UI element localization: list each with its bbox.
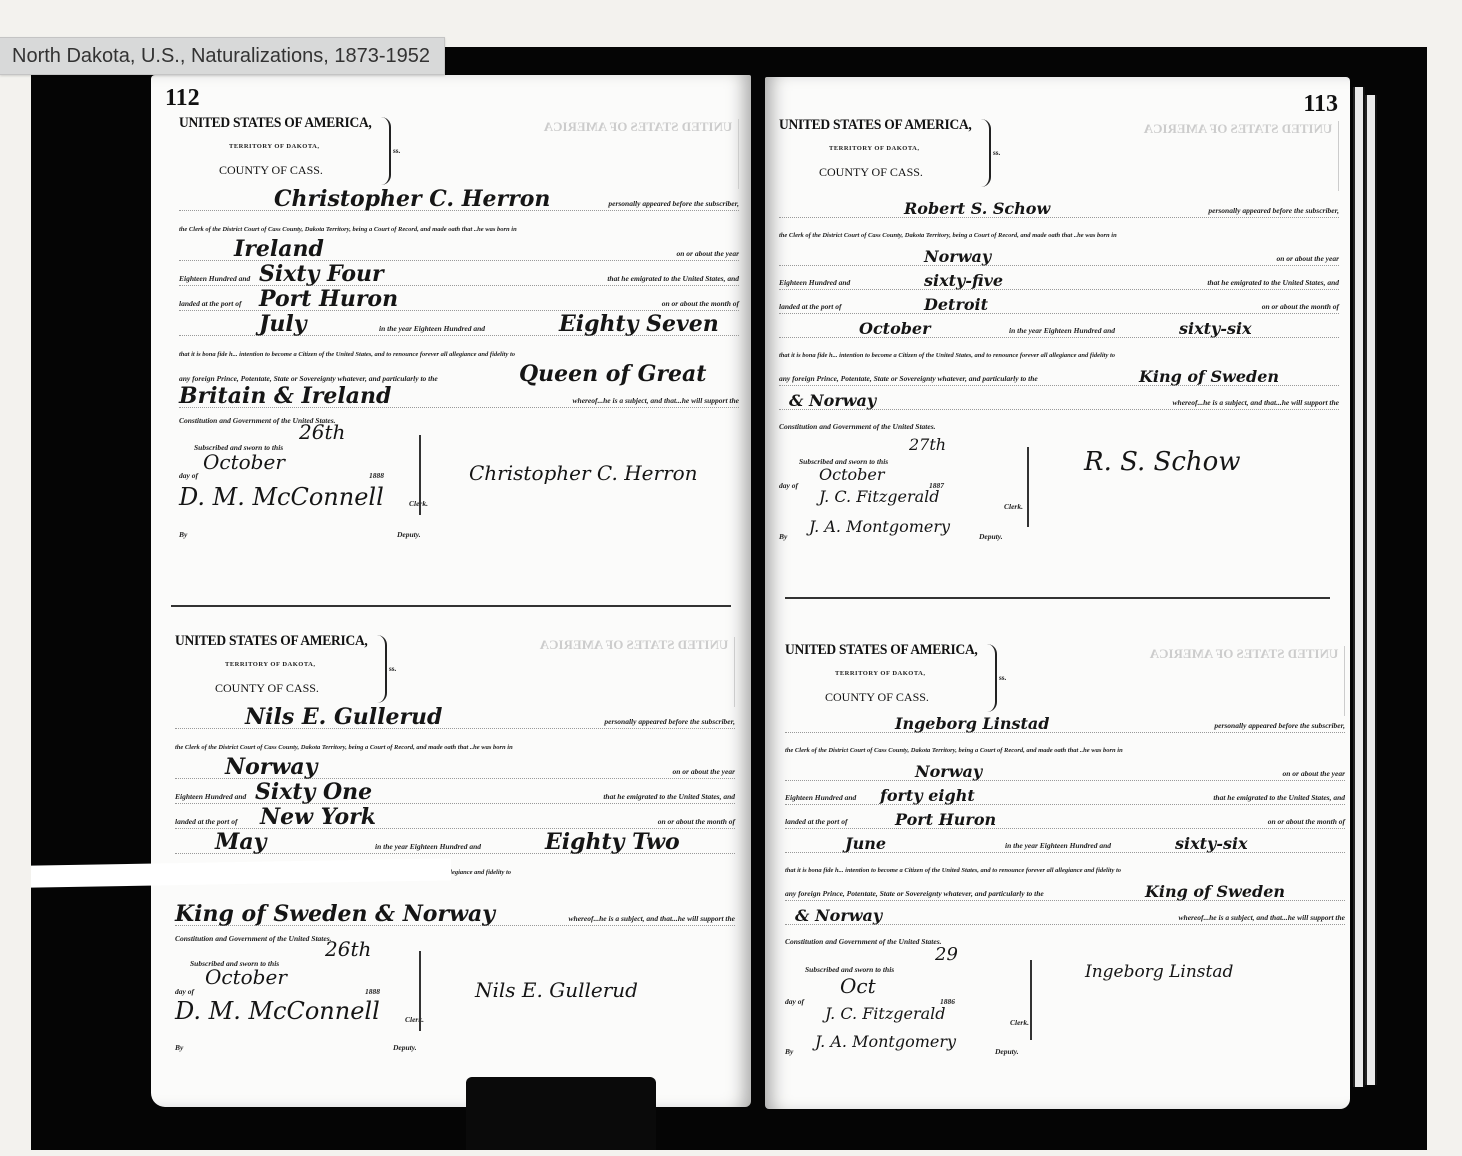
arrival-month: June xyxy=(845,836,886,852)
document-scan-viewer[interactable]: 112 UNITED STATES OF AMERICA, TERRITORY … xyxy=(31,47,1427,1150)
collection-title-tooltip: North Dakota, U.S., Naturalizations, 187… xyxy=(0,37,445,75)
birth-country: Norway xyxy=(924,249,991,265)
allegiance-cont: & Norway xyxy=(789,393,876,409)
bleed-through-text: UNITED STATES OF AMERICA xyxy=(534,637,735,707)
allegiance: Queen of Great xyxy=(519,363,706,385)
record-divider xyxy=(785,597,1330,599)
allegiance: King of Sweden & Norway xyxy=(175,903,495,925)
page-number-left: 112 xyxy=(165,85,200,112)
county-label: COUNTY OF CASS. xyxy=(219,163,323,178)
bracket xyxy=(1027,447,1029,527)
form-heading: UNITED STATES OF AMERICA, xyxy=(785,642,978,659)
birth-year: Sixty One xyxy=(255,781,372,803)
bracket xyxy=(1030,960,1032,1040)
naturalization-record-1: UNITED STATES OF AMERICA, TERRITORY OF D… xyxy=(179,115,739,545)
born-line: Irelandon or about the year xyxy=(179,240,739,261)
left-page: 112 UNITED STATES OF AMERICA, TERRITORY … xyxy=(151,75,751,1107)
territory-label: TERRITORY OF DAKOTA, xyxy=(229,143,320,150)
clerk-signature: J. C. Fitzgerald xyxy=(825,1004,946,1023)
name-line: Christopher C. Herronpersonally appeared… xyxy=(179,190,739,211)
bleed-through-text: UNITED STATES OF AMERICA xyxy=(1144,646,1345,716)
birth-year: sixty-five xyxy=(924,273,1003,289)
applicant-signature: R. S. Schow xyxy=(1084,447,1241,477)
sworn-year: 8 xyxy=(380,471,384,480)
sworn-year: 8 xyxy=(376,987,380,996)
page-number-right: 113 xyxy=(1303,91,1338,118)
allegiance-cont: & Norway xyxy=(795,908,882,924)
port-of-arrival: Port Huron xyxy=(895,812,996,828)
book-clip xyxy=(466,1077,656,1150)
form-heading: UNITED STATES OF AMERICA, xyxy=(175,633,368,650)
port-line: landed at the port ofPort Huronon or abo… xyxy=(179,290,739,311)
clerk-signature: D. M. McConnell xyxy=(175,997,380,1025)
record-divider xyxy=(171,605,731,607)
sworn-year: 7 xyxy=(940,481,944,490)
allegiance: King of Sweden xyxy=(1139,369,1279,385)
applicant-name: Robert S. Schow xyxy=(904,201,1050,217)
sworn-day: 26th xyxy=(299,420,345,444)
allegiance-cont: Britain & Ireland xyxy=(179,385,391,407)
sworn-day: 29 xyxy=(935,944,958,965)
sworn-month: October xyxy=(203,450,285,474)
brace xyxy=(379,117,391,185)
applicant-name: Nils E. Gullerud xyxy=(245,706,442,728)
name-line: Robert S. Schowpersonally appeared befor… xyxy=(779,197,1339,218)
form-heading: UNITED STATES OF AMERICA, xyxy=(779,117,972,134)
clerk-signature: J. C. Fitzgerald xyxy=(819,487,940,506)
prince-line: any foreign Prince, Potentate, State or … xyxy=(179,365,739,385)
sworn-year: 6 xyxy=(951,997,955,1006)
day-of-label: day of xyxy=(179,471,198,480)
arrival-month: July xyxy=(259,313,307,335)
sworn-day: 27th xyxy=(909,435,946,454)
arrival-month: May xyxy=(215,831,266,853)
applicant-signature: Christopher C. Herron xyxy=(469,461,698,485)
deputy-signature: J. A. Montgomery xyxy=(809,517,950,536)
arrival-year: Eighty Seven xyxy=(559,313,719,335)
whereof-line: Britain & Irelandwhereof...he is a subje… xyxy=(179,387,739,408)
arrival-year: Eighty Two xyxy=(545,831,680,853)
arrival-month: October xyxy=(859,321,931,337)
intention-line: that it is bona fide h... intention to b… xyxy=(179,340,739,360)
port-of-arrival: New York xyxy=(260,806,376,828)
bleed-through-text: UNITED STATES OF AMERICA xyxy=(1138,121,1339,191)
port-of-arrival: Port Huron xyxy=(259,288,398,310)
brace xyxy=(985,644,997,712)
sworn-month: October xyxy=(819,465,885,484)
sworn-day: 26th xyxy=(325,937,371,961)
allegiance: King of Sweden xyxy=(1145,884,1285,900)
brace xyxy=(979,119,991,187)
form-heading: UNITED STATES OF AMERICA, xyxy=(179,115,372,132)
bracket xyxy=(419,951,421,1031)
sworn-month: Oct xyxy=(840,974,876,998)
sworn-month: October xyxy=(205,965,287,989)
arrival-year: sixty-six xyxy=(1179,321,1252,337)
page-edge xyxy=(1365,95,1377,1085)
constitution-line: Constitution and Government of the Unite… xyxy=(179,407,739,427)
right-page: 113 UNITED STATES OF AMERICA, TERRITORY … xyxy=(765,77,1350,1109)
naturalization-record-3: UNITED STATES OF AMERICA, TERRITORY OF D… xyxy=(175,633,735,1063)
naturalization-record-4: UNITED STATES OF AMERICA, TERRITORY OF D… xyxy=(785,642,1345,1072)
month-line: Julyin the year Eighteen Hundred andEigh… xyxy=(179,315,739,336)
birth-year-line: Eighteen Hundred andSixty Fourthat he em… xyxy=(179,265,739,286)
clerk-line: the Clerk of the District Court of Cass … xyxy=(179,215,739,235)
page-edge xyxy=(1353,87,1365,1087)
ss-label: ss. xyxy=(393,147,400,155)
birth-year: forty eight xyxy=(880,788,975,804)
name-line: Ingeborg Linstadpersonally appeared befo… xyxy=(785,712,1345,733)
name-line: Nils E. Gullerudpersonally appeared befo… xyxy=(175,708,735,729)
arrival-year: sixty-six xyxy=(1175,836,1248,852)
birth-country: Norway xyxy=(225,756,317,778)
port-of-arrival: Detroit xyxy=(924,297,988,313)
birth-year: Sixty Four xyxy=(259,263,384,285)
naturalization-record-2: UNITED STATES OF AMERICA, TERRITORY OF D… xyxy=(779,117,1339,547)
applicant-signature: Nils E. Gullerud xyxy=(475,978,638,1002)
brace xyxy=(375,635,387,703)
bleed-through-text: UNITED STATES OF AMERICA xyxy=(538,119,739,189)
birth-country: Norway xyxy=(915,764,982,780)
applicant-signature: Ingeborg Linstad xyxy=(1085,962,1233,982)
applicant-name: Christopher C. Herron xyxy=(274,188,550,210)
clerk-signature: D. M. McConnell xyxy=(179,483,384,511)
birth-country: Ireland xyxy=(234,238,324,260)
bracket xyxy=(419,435,421,515)
applicant-name: Ingeborg Linstad xyxy=(895,716,1049,732)
deputy-signature: J. A. Montgomery xyxy=(815,1032,956,1051)
